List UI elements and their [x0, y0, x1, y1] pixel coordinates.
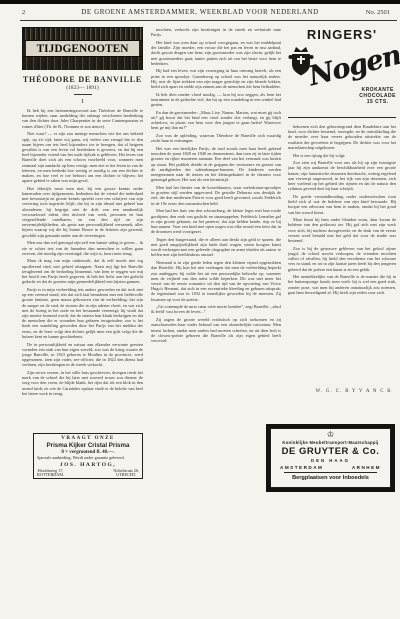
ringers-tagline: KROKANTE CHOCOLADE 15 CTS. — [359, 87, 396, 106]
hartog-address-rotterdam: Hoofdsteeg 17, ROTTERDAM. — [37, 469, 64, 478]
article-column-1-text: Ik heb bij een herinneringswoord aan Thé… — [22, 108, 143, 435]
paragraph: Het kind was toen daar op school voorgeg… — [151, 40, 281, 66]
section-banner-title: TIJDGENOOTEN — [26, 41, 139, 56]
gruyter-ad-inner: ♔ Koninklijke Meubeltransport-Maatschapp… — [270, 428, 391, 488]
ad-divider-rule — [288, 117, 396, 118]
gruyter-city: DEN HAAG — [274, 458, 387, 463]
ringers-advertisement: RINGERS' Nogena KROKANTE CHOCOLADE 15 CT… — [288, 27, 396, 115]
gruyter-branch-amsterdam: AMSTERDAM — [280, 465, 323, 470]
woodcut-lower-texture — [23, 56, 142, 70]
gruyter-branches: AMSTERDAM ARNHEM — [274, 465, 387, 470]
woodcut-crowd-texture — [23, 28, 142, 41]
gruyter-company-type: Koninklijke Meubeltransport-Maatschappij — [274, 440, 387, 445]
hartog-advertisement: VRAAGT ONZE Prisma Kijker Cristal Prisma… — [33, 433, 143, 479]
article-title: THÉODORE DE BANVILLE — [22, 75, 143, 84]
gruyter-company-name: DE GRUYTER & Co. — [274, 446, 387, 457]
chapter-numeral: I — [22, 98, 143, 105]
paragraph: Maar bezat hij hem onder blonden vorm, d… — [288, 217, 396, 243]
paragraph: Zoo is hij de getrouwe gebleven van het … — [288, 246, 396, 272]
crown-icon: ♔ — [274, 431, 387, 439]
paragraph: Tegen den burgerstand, die er alleen aan… — [151, 237, 281, 258]
ringers-tagline-line: 15 CTS. — [359, 99, 396, 105]
paragraph: Het is een rijtuig die hij volgt: — [288, 153, 396, 158]
paragraph: Men had het theater van de koorddansers,… — [151, 185, 281, 206]
paragraph: De in persoonlijkheid en natuur aan elka… — [22, 342, 143, 368]
paragraph: De goede verstandhouding onder ouderwets… — [288, 194, 396, 215]
column-middle: mochten, verkocht zijn bezittingen in de… — [151, 27, 281, 478]
issue-number: No. 2501 — [366, 9, 390, 16]
ringers-brand: RINGERS' — [288, 27, 396, 42]
title-divider — [74, 94, 92, 95]
hartog-offer: Speciale aanbieding. Wordt onder garanti… — [37, 456, 139, 461]
paragraph: bekomen zich den geboortegrond dien Baud… — [288, 124, 396, 150]
paragraph: En dan de grootmoeder: „Maar, Lise, Nano… — [151, 110, 281, 131]
hartog-header: VRAAGT ONZE — [37, 436, 139, 441]
paragraph: mochten, verkocht zijn bezittingen in de… — [151, 27, 281, 37]
masthead-title: DE GROENE AMSTERDAMMER, WEEKBLAD VOOR NE… — [0, 8, 400, 16]
paragraph: „J'ai contemplé de mon cœur cette morte … — [151, 304, 281, 314]
paragraph: Niemand is in zijn goede leden tegen den… — [151, 260, 281, 302]
paragraph: Ik heb dien zonder vloed noodig, — kon h… — [151, 92, 281, 108]
paragraph: Ik heb bij een herinneringswoord aan Thé… — [22, 108, 143, 129]
paragraph: Het aantrekkelijke van de Banville is de… — [288, 274, 396, 295]
paragraph: Zijn eerste verzen, in het stille huis g… — [22, 370, 143, 396]
paragraph: Hoe dikwijls moet men niet, bij een groo… — [22, 186, 143, 238]
header-rule — [20, 20, 397, 21]
paragraph: Het was een heerlijker Parijs, de stad z… — [151, 146, 281, 182]
page-top-edge — [0, 0, 400, 4]
gruyter-tagline: Bergplaatsen voor Inboedels — [274, 475, 387, 481]
hartog-product: Prisma Kijker Cristal Prisma — [37, 442, 139, 449]
gruyter-advertisement: ♔ Koninklijke Meubeltransport-Maatschapp… — [266, 424, 395, 492]
gruyter-rule — [284, 472, 377, 473]
paragraph: Zoo was de opleiding, waarvan Théodore d… — [151, 133, 281, 143]
paragraph: Zoo zien wij Banville voor ons als hij o… — [288, 160, 396, 191]
ringers-product-name: Nogena — [306, 41, 400, 93]
paragraph: Men zou dan wel genoegd zijn zelf een la… — [22, 240, 143, 256]
article-column-2-text: mochten, verkocht zijn bezittingen in de… — [151, 27, 281, 478]
paragraph: Maar ik mag van mijn onderzoek, dat ik z… — [22, 258, 143, 284]
paragraph: Niet waar? — er zijn zoo menige menschen… — [22, 131, 143, 183]
article-dates: (1823— 1891) — [22, 85, 143, 91]
paragraph: Zij zagen de groote wereld realistisch o… — [151, 317, 281, 343]
gruyter-branch-arnhem: ARNHEM — [352, 465, 381, 470]
hartog-address-utrecht: Nobelstraat 26, UTRECHT. — [113, 469, 139, 478]
tijdgenooten-woodcut: TIJDGENOOTEN — [22, 27, 143, 70]
hartog-company-name: JOS. HARTOG, — [37, 462, 139, 468]
author-signature: W. G. C. B Y V A N C K — [288, 389, 396, 394]
paragraph: Parijs is in mijn verbeelding iets ander… — [22, 287, 143, 339]
hartog-addresses: Hoofdsteeg 17, ROTTERDAM. Nobelstraat 26… — [37, 469, 139, 478]
newspaper-page: 2 DE GROENE AMSTERDAMMER, WEEKBLAD VOOR … — [0, 0, 400, 619]
column-right: RINGERS' Nogena KROKANTE CHOCOLADE 15 CT… — [288, 27, 396, 394]
paragraph: Men had het huis van den schouwburg, de … — [151, 208, 281, 234]
article-column-3-text: bekomen zich den geboortegrond dien Baud… — [288, 124, 396, 384]
paragraph: Hij had een leven, wat zijn verzorging i… — [151, 68, 281, 89]
column-left: TIJDGENOOTEN THÉODORE DE BANVILLE (1823—… — [22, 27, 143, 435]
